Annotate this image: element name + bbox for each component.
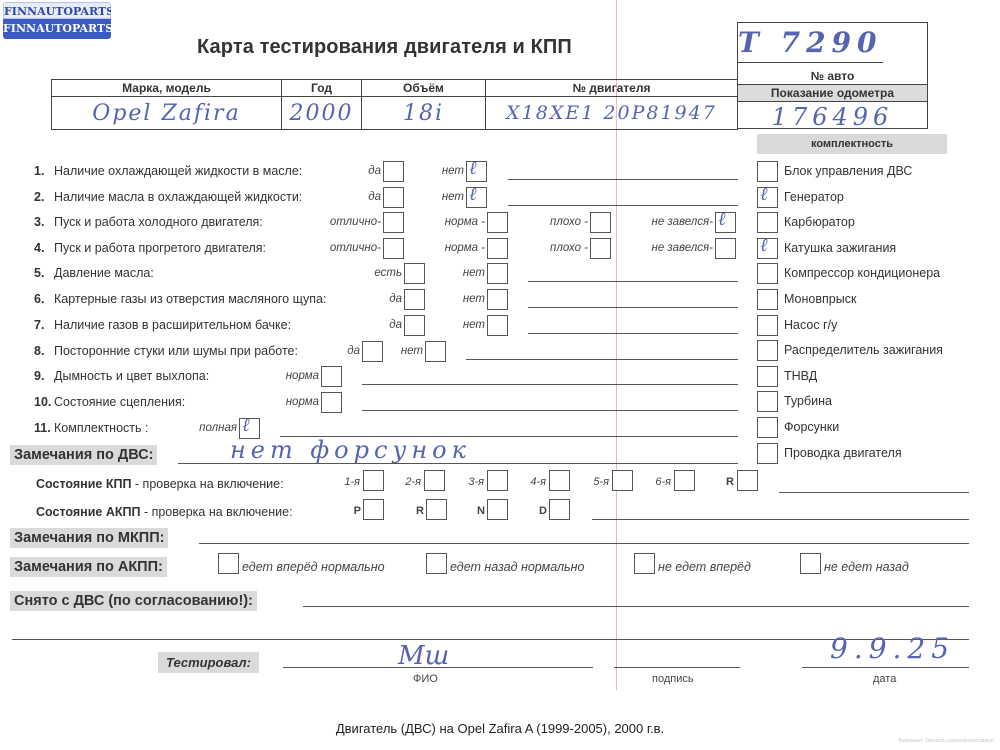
option-label: есть — [374, 267, 402, 279]
notes-line[interactable] — [528, 307, 738, 308]
column-year: Год — [282, 80, 362, 97]
gear-checkbox[interactable] — [674, 470, 695, 491]
checkbox-5-2[interactable] — [487, 263, 508, 284]
removed-parts-line[interactable] — [303, 606, 969, 607]
notes-line[interactable] — [528, 281, 738, 282]
gear-label: 6-я — [655, 476, 671, 488]
checklist-row: 11.Комплектность : — [34, 421, 148, 435]
notes-line[interactable] — [362, 410, 738, 411]
logo-bottom-text: FINNAUTOPARTS — [3, 19, 111, 39]
position-checkbox[interactable] — [487, 499, 508, 520]
completeness-checkbox[interactable]: ℓ — [757, 238, 778, 259]
checkbox-9-1[interactable] — [321, 366, 342, 387]
position-checkbox[interactable] — [549, 499, 570, 520]
gear-checkbox[interactable] — [487, 470, 508, 491]
kpp-check-label-bold: Состояние КПП — [36, 477, 131, 491]
gear-label: 1-я — [344, 476, 360, 488]
completeness-item-label: Блок управления ДВС — [784, 164, 912, 178]
option-label: полная — [199, 422, 237, 434]
removed-parts-label: Снято с ДВС (по согласованию!): — [10, 591, 257, 611]
completeness-checkbox[interactable] — [757, 289, 778, 310]
option-label: нет — [442, 191, 464, 203]
gear-checkbox[interactable] — [424, 470, 445, 491]
checkbox-2-2[interactable]: ℓ — [466, 187, 487, 208]
option-label: да — [389, 319, 402, 331]
kpp-remarks-line — [779, 492, 969, 493]
completeness-item-label: Генератор — [784, 190, 844, 204]
gear-checkbox[interactable] — [612, 470, 633, 491]
row-number: 6. — [34, 292, 54, 306]
avto-number-label: № авто — [738, 68, 927, 85]
row-number: 9. — [34, 369, 54, 383]
gear-label: 3-я — [468, 476, 484, 488]
completeness-checkbox[interactable] — [757, 315, 778, 336]
kpp-check-label: Состояние КПП - проверка на включение: — [36, 477, 284, 491]
option-label: да — [347, 345, 360, 357]
completeness-item-label: Карбюратор — [784, 215, 855, 229]
name-caption: ФИО — [413, 673, 438, 685]
completeness-item-label: ТНВД — [784, 369, 817, 383]
gear-label: 2-я — [405, 476, 421, 488]
completeness-checkbox[interactable] — [757, 391, 778, 412]
akpp-remark-checkbox[interactable] — [634, 553, 655, 574]
option-label: отлично- — [330, 216, 381, 228]
check-mark-icon: ℓ — [469, 158, 477, 179]
date-caption: дата — [873, 673, 896, 685]
option-label: не завелся- — [651, 242, 713, 254]
position-label: N — [477, 505, 485, 517]
checkbox-4-2[interactable] — [487, 238, 508, 259]
odometer-value: 176496 — [738, 102, 927, 133]
option-label: нет — [463, 293, 485, 305]
engine-number-value: X18XE1 20P81947 — [486, 97, 738, 130]
gear-label: R — [726, 476, 734, 488]
option-label: отлично- — [330, 242, 381, 254]
checklist-row: 4.Пуск и работа прогретого двигателя: — [34, 241, 266, 255]
signature-caption: подпись — [652, 673, 694, 685]
remarks-mkpp-line[interactable] — [199, 543, 969, 544]
akpp-check-label-bold: Состояние АКПП — [36, 505, 140, 519]
row-label: Пуск и работа холодного двигателя: — [54, 215, 263, 229]
gear-label: 4-я — [530, 476, 546, 488]
checkbox-1-2[interactable]: ℓ — [466, 161, 487, 182]
checkbox-8-1[interactable] — [362, 341, 383, 362]
checkbox-5-1[interactable] — [404, 263, 425, 284]
completeness-checkbox[interactable] — [757, 263, 778, 284]
row-number: 4. — [34, 241, 54, 255]
row-label: Наличие охлаждающей жидкости в масле: — [54, 164, 302, 178]
make-model-value: Opel Zafira — [52, 97, 282, 130]
notes-line[interactable] — [362, 384, 738, 385]
checklist-row: 9.Дымность и цвет выхлопа: — [34, 369, 209, 383]
row-number: 7. — [34, 318, 54, 332]
akpp-remark-checkbox[interactable] — [800, 553, 821, 574]
signature-line[interactable] — [614, 667, 740, 668]
date-value[interactable]: 9.9.25 — [830, 632, 955, 665]
gear-label: 5-я — [593, 476, 609, 488]
remarks-akpp-label: Замечания по АКПП: — [10, 557, 167, 577]
completeness-checkbox[interactable] — [757, 161, 778, 182]
form-title: Карта тестирования двигателя и КПП — [197, 36, 572, 59]
akpp-check-label-rest: - проверка на включение: — [140, 505, 292, 519]
completeness-header: комплектность — [757, 134, 947, 154]
row-number: 2. — [34, 190, 54, 204]
option-label: нет — [463, 267, 485, 279]
avto-number-value: T 7290 — [738, 23, 883, 63]
completeness-checkbox[interactable]: ℓ — [757, 187, 778, 208]
completeness-item-label: Турбина — [784, 394, 832, 408]
check-mark-icon: ℓ — [760, 235, 768, 256]
column-volume: Объём — [362, 80, 486, 97]
brand-logo: FINNAUTOPARTS FINNAUTOPARTS — [3, 2, 111, 39]
tested-by-label: Тестировал: — [158, 652, 259, 673]
completeness-checkbox[interactable] — [757, 443, 778, 464]
checkbox-7-1[interactable] — [404, 315, 425, 336]
volume-value: 18i — [362, 97, 486, 130]
akpp-remark-label: едет назад нормально — [450, 560, 584, 574]
completeness-checkbox[interactable] — [757, 340, 778, 361]
checkbox-2-1[interactable] — [383, 187, 404, 208]
image-caption: Двигатель (ДВС) на Opel Zafira A (1999-2… — [0, 721, 1000, 736]
checkbox-1-1[interactable] — [383, 161, 404, 182]
completeness-item-label: Катушка зажигания — [784, 241, 896, 255]
vehicle-info-table: Марка, модель Год Объём № двигателя Opel… — [51, 79, 738, 130]
remarks-engine-value[interactable]: нет форсунок — [230, 436, 471, 464]
odometer-label: Показание одометра — [738, 85, 927, 102]
checkbox-3-1[interactable] — [383, 212, 404, 233]
checkbox-4-3[interactable] — [590, 238, 611, 259]
option-label: нет — [463, 319, 485, 331]
remarks-engine-label: Замечания по ДВС: — [10, 445, 157, 465]
checklist-row: 3.Пуск и работа холодного двигателя: — [34, 215, 263, 229]
date-line — [802, 667, 969, 668]
akpp-remarks-line — [592, 519, 969, 520]
akpp-check-label: Состояние АКПП - проверка на включение: — [36, 505, 293, 519]
gear-checkbox[interactable] — [737, 470, 758, 491]
checkbox-3-2[interactable] — [487, 212, 508, 233]
checklist-row: 7.Наличие газов в расширительном бачке: — [34, 318, 291, 332]
notes-line[interactable] — [528, 333, 738, 334]
row-number: 3. — [34, 215, 54, 229]
completeness-item-label: Насос г/у — [784, 318, 837, 332]
completeness-item-label: Форсунки — [784, 420, 839, 434]
checklist-row: 10.Состояние сцепления: — [34, 395, 185, 409]
checkbox-3-4[interactable]: ℓ — [715, 212, 736, 233]
position-label: D — [539, 505, 547, 517]
checkbox-6-1[interactable] — [404, 289, 425, 310]
row-label: Посторонние стуки или шумы при работе: — [54, 344, 298, 358]
checkbox-7-2[interactable] — [487, 315, 508, 336]
option-label: нет — [401, 345, 423, 357]
row-number: 11. — [34, 421, 54, 435]
year-value: 2000 — [282, 97, 362, 130]
option-label: да — [368, 191, 381, 203]
position-label: P — [354, 505, 361, 517]
row-label: Состояние сцепления: — [54, 395, 185, 409]
completeness-checkbox[interactable] — [757, 366, 778, 387]
completeness-item-label: Распределитель зажигания — [784, 343, 943, 357]
column-engine-number: № двигателя — [486, 80, 738, 97]
option-label: норма - — [445, 216, 485, 228]
row-label: Комплектность : — [54, 421, 148, 435]
akpp-remark-label: не едет вперёд — [658, 560, 751, 574]
akpp-remark-label: едет вперёд нормально — [242, 560, 385, 574]
row-number: 10. — [34, 395, 54, 409]
checkbox-3-3[interactable] — [590, 212, 611, 233]
completeness-item-label: Проводка двигателя — [784, 446, 902, 460]
kpp-check-label-rest: - проверка на включение: — [131, 477, 283, 491]
notes-line[interactable] — [508, 179, 738, 180]
completeness-item-label: Моновпрыск — [784, 292, 856, 306]
option-label: да — [368, 165, 381, 177]
option-label: нет — [442, 165, 464, 177]
checkbox-4-1[interactable] — [383, 238, 404, 259]
gear-checkbox[interactable] — [363, 470, 384, 491]
checkbox-6-2[interactable] — [487, 289, 508, 310]
gear-checkbox[interactable] — [549, 470, 570, 491]
row-label: Давление масла: — [54, 266, 154, 280]
notes-line[interactable] — [466, 359, 738, 360]
option-label: не завелся- — [651, 216, 713, 228]
completeness-checkbox[interactable] — [757, 417, 778, 438]
check-mark-icon: ℓ — [760, 184, 768, 205]
vehicle-id-box: T 7290 № авто Показание одометра 176496 — [737, 22, 928, 129]
completeness-item-label: Компрессор кондиционера — [784, 266, 940, 280]
row-label: Пуск и работа прогретого двигателя: — [54, 241, 266, 255]
check-mark-icon: ℓ — [242, 415, 250, 436]
logo-top-text: FINNAUTOPARTS — [3, 2, 111, 19]
completeness-checkbox[interactable] — [757, 212, 778, 233]
position-checkbox[interactable] — [426, 499, 447, 520]
akpp-remark-checkbox[interactable] — [218, 553, 239, 574]
checklist-row: 8.Посторонние стуки или шумы при работе: — [34, 344, 298, 358]
column-make-model: Марка, модель — [52, 80, 282, 97]
extra-notes-line[interactable] — [12, 639, 969, 640]
notes-line[interactable] — [508, 205, 738, 206]
option-label: плохо - — [550, 216, 588, 228]
checkbox-10-1[interactable] — [321, 392, 342, 413]
checklist-row: 5.Давление масла: — [34, 266, 154, 280]
checkbox-4-4[interactable] — [715, 238, 736, 259]
row-number: 1. — [34, 164, 54, 178]
remarks-mkpp-label: Замечания по МКПП: — [10, 528, 168, 548]
row-label: Картерные газы из отверстия масляного щу… — [54, 292, 326, 306]
row-number: 5. — [34, 266, 54, 280]
watermark-text: Внимание! Запчасть разукомплектована! — [898, 738, 994, 744]
option-label: норма — [286, 370, 319, 382]
option-label: да — [389, 293, 402, 305]
akpp-remark-checkbox[interactable] — [426, 553, 447, 574]
checklist-row: 1.Наличие охлаждающей жидкости в масле: — [34, 164, 302, 178]
row-label: Наличие масла в охлаждающей жидкости: — [54, 190, 302, 204]
akpp-remark-label: не едет назад — [824, 560, 909, 574]
check-mark-icon: ℓ — [469, 184, 477, 205]
checkbox-8-2[interactable] — [425, 341, 446, 362]
row-number: 8. — [34, 344, 54, 358]
row-label: Наличие газов в расширительном бачке: — [54, 318, 291, 332]
option-label: плохо - — [550, 242, 588, 254]
position-checkbox[interactable] — [363, 499, 384, 520]
checklist-row: 6.Картерные газы из отверстия масляного … — [34, 292, 326, 306]
check-mark-icon: ℓ — [718, 209, 726, 230]
checklist-row: 2.Наличие масла в охлаждающей жидкости: — [34, 190, 302, 204]
position-label: R — [416, 505, 424, 517]
option-label: норма - — [445, 242, 485, 254]
option-label: норма — [286, 396, 319, 408]
tester-name-value[interactable]: Мш — [398, 641, 449, 671]
row-label: Дымность и цвет выхлопа: — [54, 369, 209, 383]
